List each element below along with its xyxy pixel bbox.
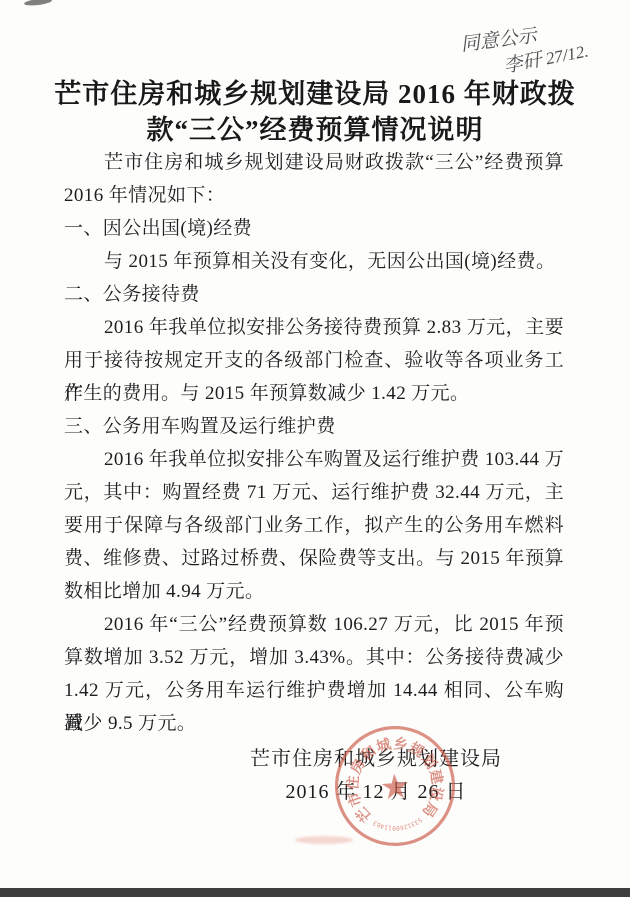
doc-line: 三、公务用车购置及运行维护费	[64, 410, 564, 443]
stamp-serial-digit: 1	[406, 821, 412, 829]
doc-line: 2016 年“三公”经费预算数 106.27 万元，比 2015 年预	[64, 608, 564, 641]
doc-line: 芒市住房和城乡规划建设局财政拨款“三公”经费预算	[64, 146, 564, 179]
doc-line: 2016 年我单位拟安排公务接待费预算 2.83 万元，主要	[64, 311, 564, 344]
signature-org: 芒市住房和城乡规划建设局	[250, 743, 502, 776]
doc-line: 费、维修费、过路过桥费、保险费等支出。与 2015 年预算	[64, 542, 564, 575]
stamp-serial-digit: 3	[409, 820, 416, 828]
scanned-document-page: 同意公示 李矸 27/12. 芒市住房和城乡规划建设局 2016 年财政拨 款“…	[0, 0, 630, 897]
stamp-ink-smear	[295, 836, 353, 844]
stamp-serial-digit: 9	[392, 824, 396, 831]
document-title: 芒市住房和城乡规划建设局 2016 年财政拨 款“三公”经费预算情况说明	[30, 76, 600, 148]
stamp-serial-digit: 3	[372, 819, 379, 827]
doc-line: 产生的费用。与 2015 年预算数减少 1.42 万元。	[64, 377, 564, 410]
signature-block: 芒市住房和城乡规划建设局 2016 年 12 月 26 日	[250, 743, 502, 809]
stamp-serial-digit: 5	[416, 816, 423, 824]
stamp-serial-digit: 2	[403, 822, 409, 830]
stamp-serial-digit: 1	[388, 824, 393, 831]
doc-line: 元，其中：购置经费 71 万元、运行维护费 32.44 万元，主	[64, 476, 564, 509]
document-body: 芒市住房和城乡规划建设局财政拨款“三公”经费预算2016 年情况如下：一、因公出…	[64, 146, 564, 740]
doc-line: 2016 年情况如下：	[64, 179, 564, 212]
stamp-serial: 5331260911463	[371, 815, 423, 832]
doc-line: 2016 年我单位拟安排公车购置及运行维护费 103.44 万	[64, 443, 564, 476]
doc-line: 用于接待按规定开支的各级部门检查、验收等各项业务工作	[64, 344, 564, 377]
scan-edge-strip	[0, 888, 630, 897]
scan-smudge	[24, 0, 53, 7]
doc-line: 算数增加 3.52 万元，增加 3.43%。其中：公务接待费减少	[64, 641, 564, 674]
doc-line: 1.42 万元，公务用车运行维护费增加 14.44 相同、公车购置	[64, 674, 564, 707]
title-line-1: 芒市住房和城乡规划建设局 2016 年财政拨	[30, 76, 600, 112]
title-line-2: 款“三公”经费预算情况说明	[30, 112, 600, 148]
doc-line: 与 2015 年预算相关没有变化，无因公出国(境)经费。	[64, 245, 564, 278]
handwritten-annotation: 同意公示 李矸 27/12.	[460, 19, 591, 82]
stamp-serial-digit: 0	[396, 824, 400, 831]
stamp-serial-digit: 6	[376, 820, 382, 828]
doc-line: 数相比增加 4.94 万元。	[64, 575, 564, 608]
doc-line: 减少 9.5 万元。	[64, 707, 564, 740]
signature-date: 2016 年 12 月 26 日	[250, 776, 502, 809]
annotation-signature: 李矸	[502, 50, 543, 78]
doc-line: 一、因公出国(境)经费	[64, 212, 564, 245]
stamp-serial-digit: 4	[380, 822, 386, 830]
stamp-serial-digit: 6	[399, 823, 404, 831]
annotation-date: 27/12.	[544, 41, 590, 68]
stamp-serial-digit: 3	[413, 818, 420, 826]
doc-line: 要用于保障与各级部门业务工作，拟产生的公务用车燃料	[64, 509, 564, 542]
stamp-serial-digit: 1	[384, 823, 389, 831]
doc-line: 二、公务接待费	[64, 278, 564, 311]
